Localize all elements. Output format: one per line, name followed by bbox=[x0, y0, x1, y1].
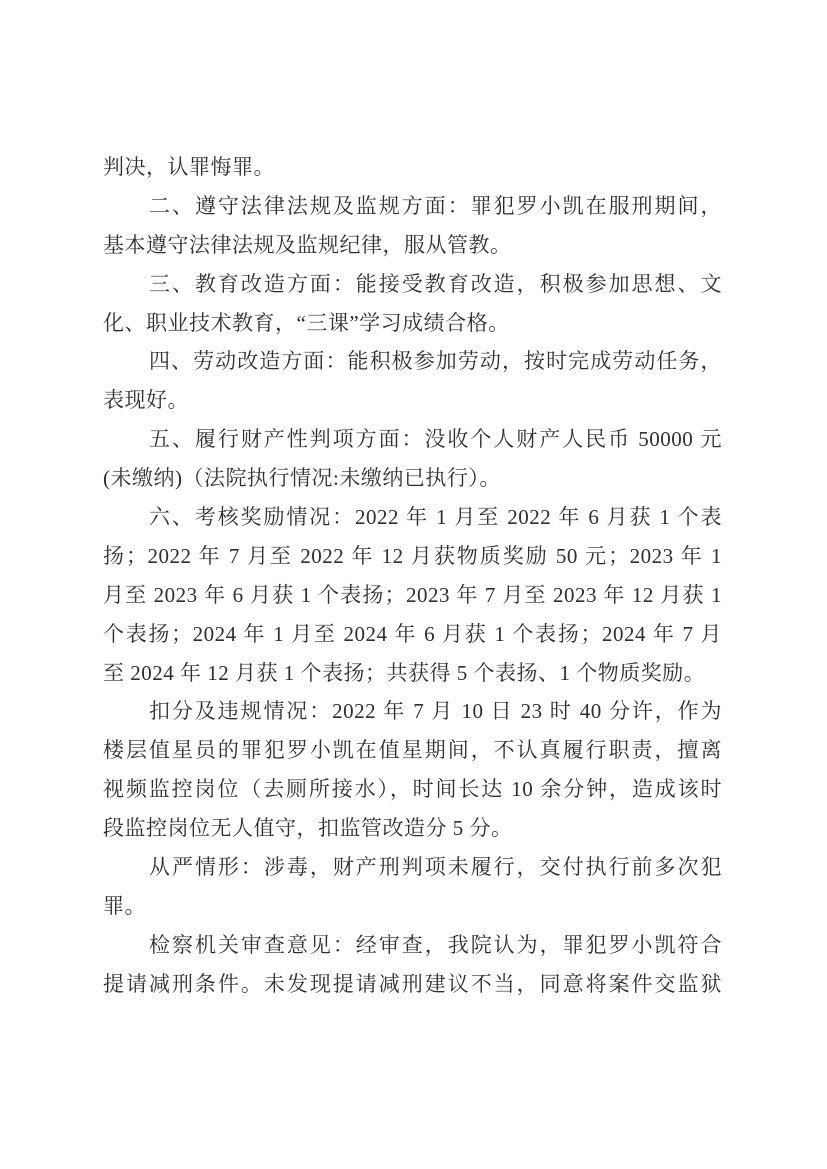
doc-line-11: 扬；2022 年 7 月至 2022 年 12 月获物质奖励 50 元；2023… bbox=[103, 537, 722, 576]
doc-line-20: 罪。 bbox=[103, 887, 722, 926]
doc-line-21: 检察机关审查意见：经审查，我院认为，罪犯罗小凯符合 bbox=[103, 926, 722, 965]
doc-line-14: 至 2024 年 12 月获 1 个表扬；共获得 5 个表扬、1 个物质奖励。 bbox=[103, 654, 722, 693]
doc-line-01: 判决，认罪悔罪。 bbox=[103, 148, 722, 187]
doc-line-12: 月至 2023 年 6 月获 1 个表扬；2023 年 7 月至 2023 年 … bbox=[103, 576, 722, 615]
doc-line-08: 五、履行财产性判项方面：没收个人财产人民币 50000 元 bbox=[103, 420, 722, 459]
doc-line-03: 基本遵守法律法规及监规纪律，服从管教。 bbox=[103, 226, 722, 265]
doc-line-05: 化、职业技术教育，“三课”学习成绩合格。 bbox=[103, 304, 722, 343]
doc-line-13: 个表扬；2024 年 1 月至 2024 年 6 月获 1 个表扬；2024 年… bbox=[103, 615, 722, 654]
doc-line-07: 表现好。 bbox=[103, 381, 722, 420]
doc-line-10: 六、考核奖励情况：2022 年 1 月至 2022 年 6 月获 1 个表 bbox=[103, 498, 722, 537]
doc-line-15: 扣分及违规情况：2022 年 7 月 10 日 23 时 40 分许，作为 bbox=[103, 692, 722, 731]
doc-line-18: 段监控岗位无人值守，扣监管改造分 5 分。 bbox=[103, 809, 722, 848]
document-page: 判决，认罪悔罪。 二、遵守法律法规及监规方面：罪犯罗小凯在服刑期间， 基本遵守法… bbox=[0, 0, 827, 1169]
doc-line-22: 提请减刑条件。未发现提请减刑建议不当，同意将案件交监狱 bbox=[103, 965, 722, 1004]
doc-line-16: 楼层值星员的罪犯罗小凯在值星期间，不认真履行职责，擅离 bbox=[103, 731, 722, 770]
doc-line-17: 视频监控岗位（去厕所接水），时间长达 10 余分钟，造成该时 bbox=[103, 770, 722, 809]
doc-line-06: 四、劳动改造方面：能积极参加劳动，按时完成劳动任务， bbox=[103, 342, 722, 381]
doc-line-02: 二、遵守法律法规及监规方面：罪犯罗小凯在服刑期间， bbox=[103, 187, 722, 226]
document-body: 判决，认罪悔罪。 二、遵守法律法规及监规方面：罪犯罗小凯在服刑期间， 基本遵守法… bbox=[103, 148, 722, 1004]
doc-line-09: (未缴纳)（法院执行情况:未缴纳已执行）。 bbox=[103, 459, 722, 498]
doc-line-04: 三、教育改造方面：能接受教育改造，积极参加思想、文 bbox=[103, 265, 722, 304]
doc-line-19: 从严情形：涉毒，财产刑判项未履行，交付执行前多次犯 bbox=[103, 848, 722, 887]
